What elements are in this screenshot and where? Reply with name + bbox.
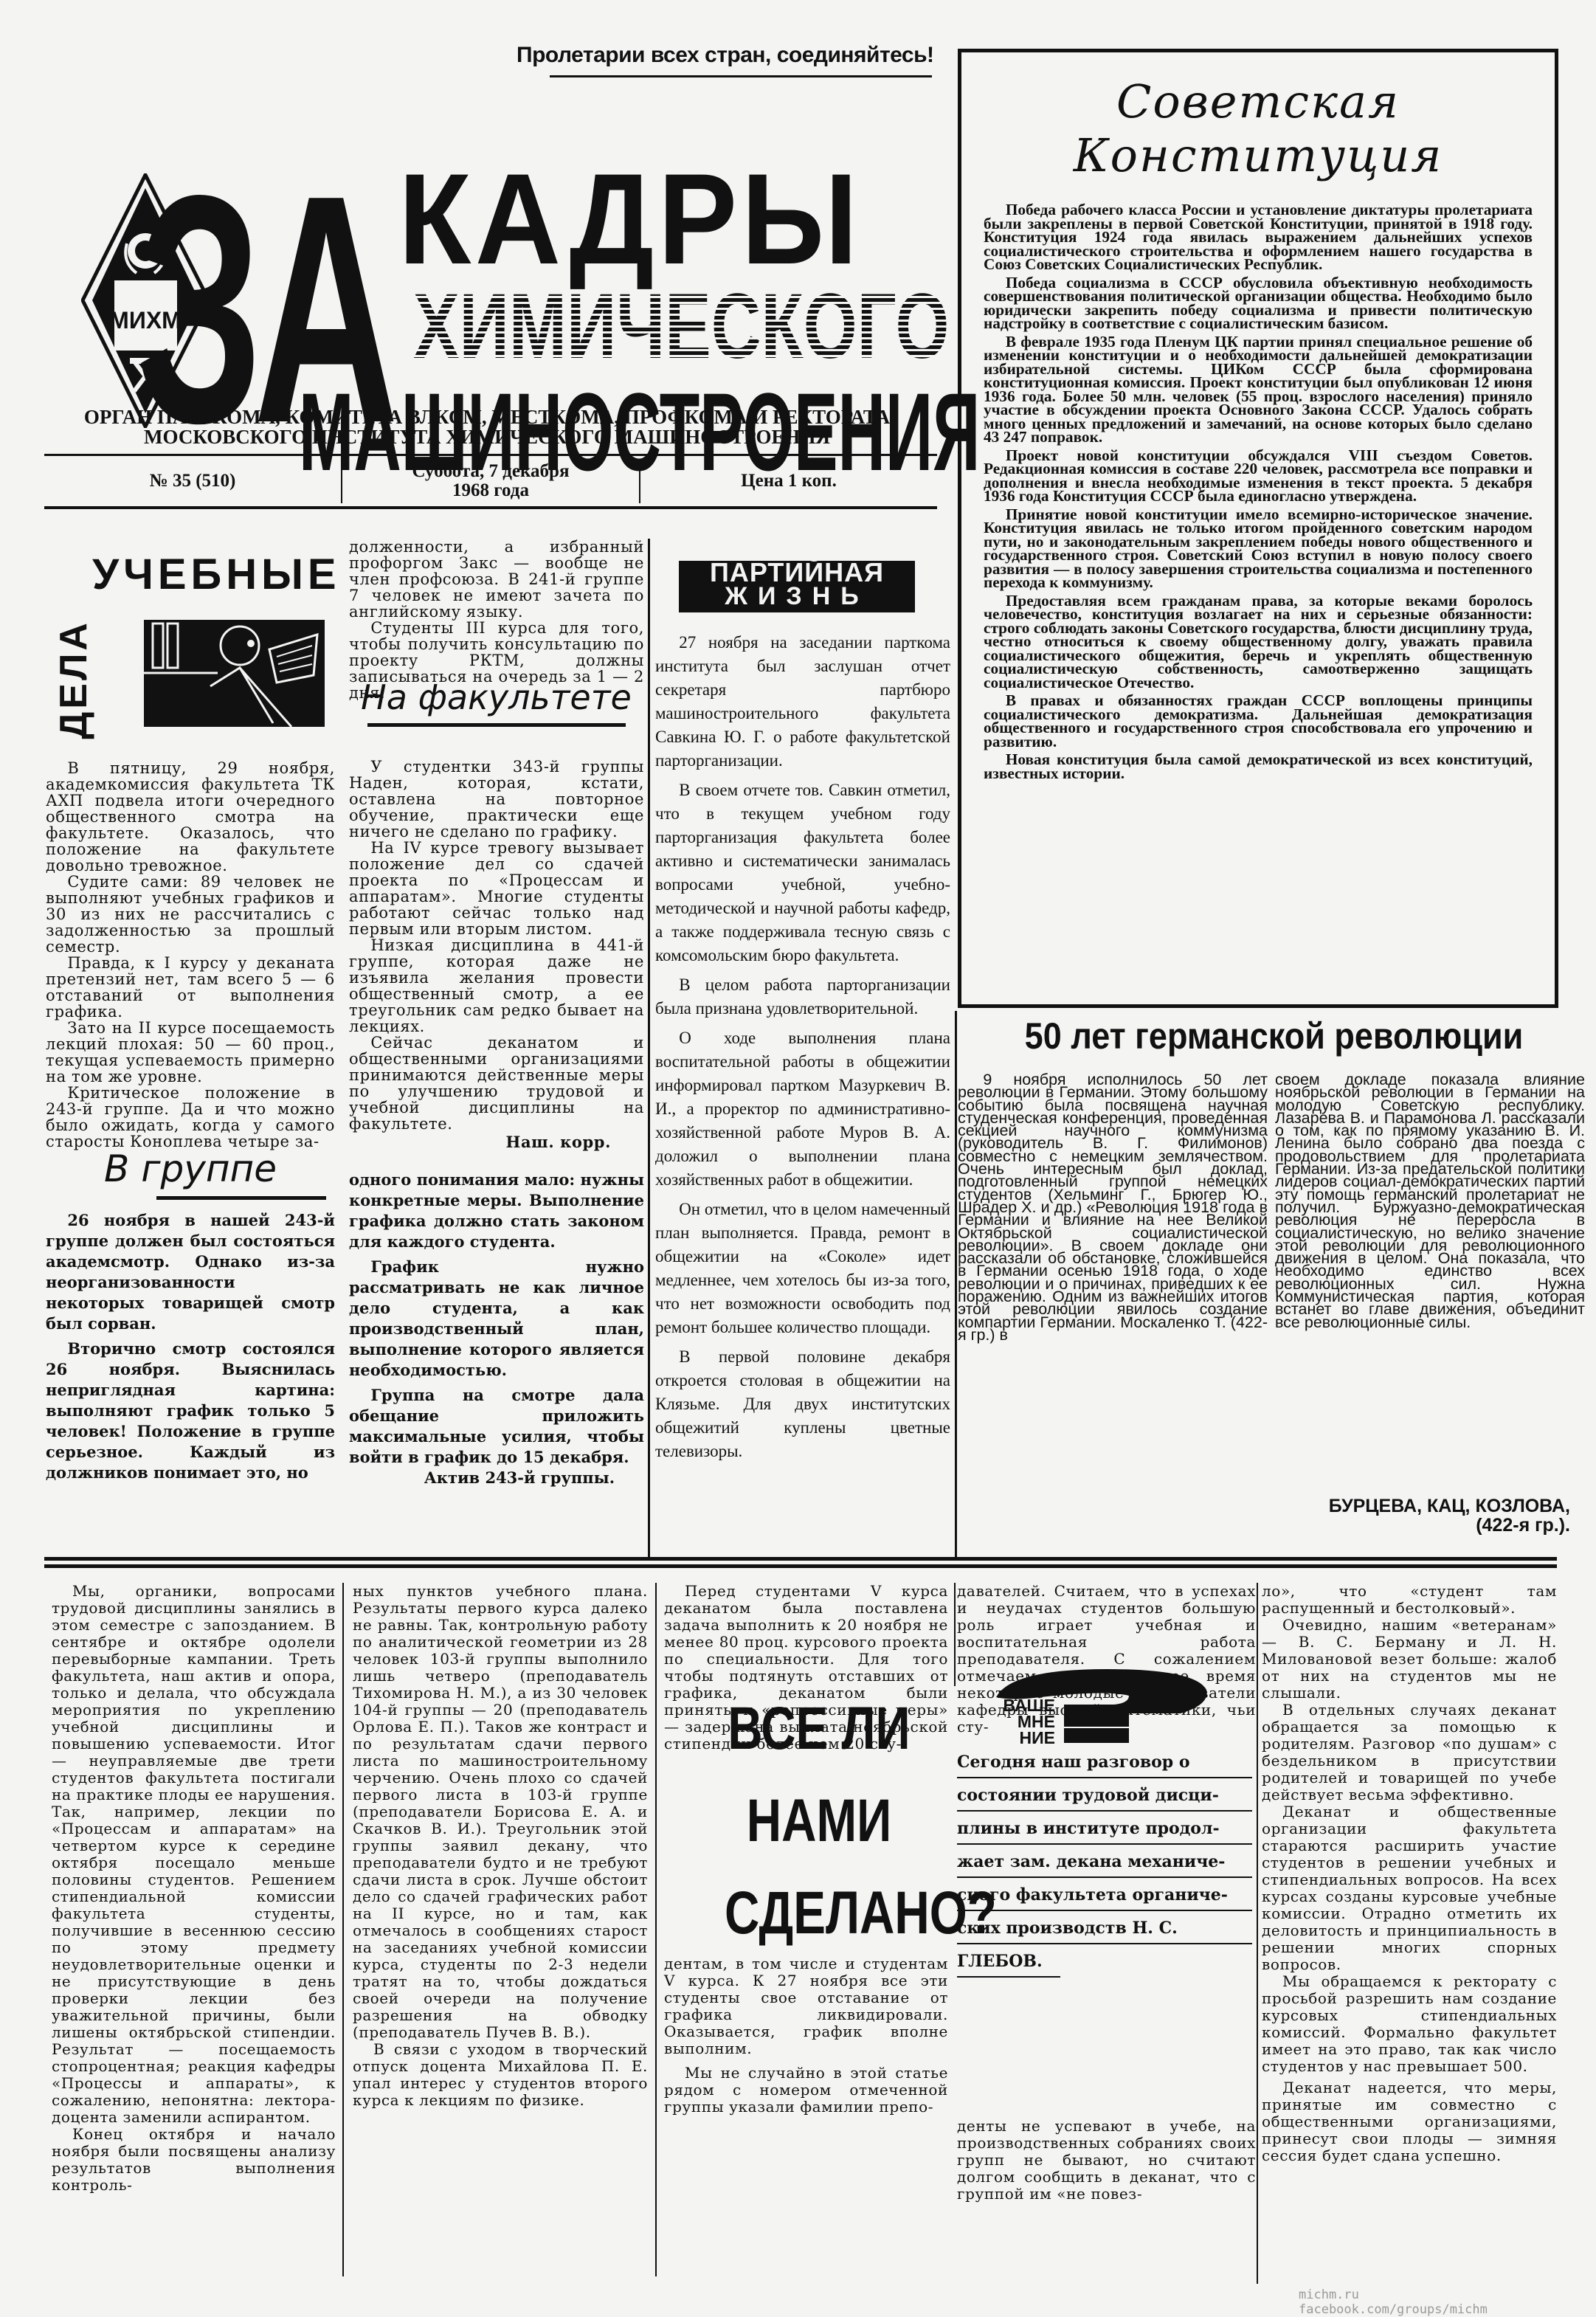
intro-author: ГЛЕБОВ.: [957, 1944, 1060, 1978]
section-heading: На факультете: [347, 677, 646, 717]
signature-group: (422-я гр.).: [1275, 1516, 1570, 1535]
article-paragraph: В первой половине декабря откроется стол…: [655, 1345, 950, 1463]
title-line-2: ХИМИЧЕСКОГО: [413, 280, 949, 373]
issue-price: Цена 1 коп.: [639, 459, 937, 503]
section-double-rule: [44, 1557, 1557, 1561]
german-revolution-col-2: своем докладе показала влияние ноябрьско…: [1275, 1074, 1585, 1329]
rubric-partiinaya-zhizn: ПАРТИЙНАЯ ЖИЗНЬ: [679, 561, 915, 612]
intro-line: Сегодня наш разговор о: [957, 1745, 1252, 1778]
article-paragraph: ло», что «студент там распущенный и бест…: [1262, 1583, 1557, 1617]
constitution-paragraph: Принятие новой конституции имело всемирн…: [984, 508, 1533, 590]
rubric-dela: ДЕЛА: [52, 620, 96, 739]
article-paragraph: Деканат и общественные организации факул…: [1262, 1803, 1557, 1973]
v-gruppe-col-2: одного понимания мало: нужны конкретные …: [349, 1170, 644, 1488]
article-paragraph: Вторично смотр состоялся 26 ноября. Выяс…: [46, 1339, 335, 1483]
intro-line: ского факультета органиче-: [957, 1878, 1252, 1911]
rubric-line-3: НИЕ: [981, 1730, 1055, 1746]
watermark-site: michm.ru: [1299, 2287, 1488, 2302]
article-paragraph: долженности, а избранный профоргом Закс …: [349, 539, 644, 620]
article-paragraph: У студентки 343-й группы Наден, которая,…: [349, 759, 644, 840]
vse-li-headline: ВСЕ ЛИ НАМИ СДЕЛАНО?: [725, 1682, 913, 1959]
article-paragraph: Сейчас деканатом и общественными организ…: [349, 1035, 644, 1132]
article-paragraph: одного понимания мало: нужны конкретные …: [349, 1170, 644, 1252]
issue-date-line-1: Суббота, 7 декабря: [412, 462, 570, 481]
v-gruppe-header: В группе: [46, 1147, 335, 1200]
uchebnye-dela-col-1: В пятницу, 29 ноября, академкомиссия фак…: [46, 760, 335, 1150]
article-paragraph: График нужно рассматривать не как личное…: [349, 1257, 644, 1381]
section-double-rule: [44, 1564, 1557, 1568]
issue-number: № 35 (510): [44, 472, 341, 491]
column-divider: [648, 539, 650, 1557]
column-divider: [342, 1583, 344, 2276]
article-paragraph: Мы не случайно в этой статье рядом с ном…: [664, 2065, 948, 2116]
article-paragraph: 26 ноября в нашей 243-й группе должен бы…: [46, 1210, 335, 1334]
rubric-line-2: МНЕ: [981, 1713, 1055, 1730]
headline-line-2: НАМИ: [725, 1775, 913, 1867]
article-paragraph: Группа на смотре дала обещание приложить…: [349, 1385, 644, 1468]
student-reading-illustration-icon: [144, 620, 325, 727]
headline-line-1: ВСЕ ЛИ: [725, 1682, 913, 1775]
issue-meta-row: № 35 (510) Суббота, 7 декабря 1968 года …: [44, 454, 937, 509]
column-divider: [955, 1011, 957, 1557]
article-paragraph: ных пунктов учебного плана. Результаты п…: [353, 1583, 648, 2041]
article-signature: Актив 243-й группы.: [349, 1468, 644, 1488]
issue-date: Суббота, 7 декабря 1968 года: [341, 459, 639, 503]
constitution-paragraph: В феврале 1935 года Пленум ЦК партии при…: [984, 335, 1533, 444]
article-paragraph: Мы обращаемся к ректорату с просьбой раз…: [1262, 1973, 1557, 2075]
uchebnye-dela-col-2: долженности, а избранный профоргом Закс …: [349, 539, 644, 701]
rubric-vashe-mnenie: ВАШЕ МНЕ НИЕ: [981, 1697, 1055, 1746]
article-paragraph: Судите сами: 89 человек не выполняют уче…: [46, 874, 335, 955]
rubric-line-2: ЖИЗНЬ: [679, 584, 915, 608]
article-paragraph: Конец октября и начало ноября были посвя…: [52, 2126, 336, 2194]
constitution-paragraph: Новая конституция была самой демократиче…: [984, 753, 1533, 780]
german-revolution-col-1: 9 ноября исполнилось 50 лет революции в …: [958, 1074, 1268, 1341]
article-paragraph: 27 ноября на заседании парткома институт…: [655, 631, 950, 773]
intro-line: жает зам. декана механиче-: [957, 1845, 1252, 1878]
article-paragraph: В целом работа парторганизации была приз…: [655, 973, 950, 1021]
article-paragraph: Деканат надеется, что меры, принятые им …: [1262, 2079, 1557, 2164]
v-gruppe-col-1: 26 ноября в нашей 243-й группе должен бы…: [46, 1210, 335, 1483]
article-paragraph: Он отметил, что в целом намеченный план …: [655, 1198, 950, 1339]
article-paragraph: Очевидно, нашим «ветеранам» — В. С. Берм…: [1262, 1617, 1557, 1702]
vse-li-col-1: Мы, органики, вопросами трудовой дисципл…: [52, 1583, 336, 2194]
article-paragraph: Правда, к I курсу у деканата претензий н…: [46, 955, 335, 1020]
article-paragraph: Низкая дисциплина в 441-й группе, котора…: [349, 937, 644, 1035]
headline-line-3: СДЕЛАНО?: [725, 1867, 913, 1959]
intro-line: плины в институте продол-: [957, 1812, 1252, 1845]
constitution-paragraph: Победа социализма в СССР обусловила объе…: [984, 276, 1533, 331]
vse-li-col-4-bottom: денты не успевают в учебе, на производст…: [957, 2118, 1256, 2203]
article-paragraph: Зато на II курсе посещаемость лекций пло…: [46, 1020, 335, 1085]
column-divider: [655, 1583, 657, 2276]
constitution-paragraph: Победа рабочего класса России и установл…: [984, 203, 1533, 272]
na-fakultete-header: На факультете: [347, 677, 646, 727]
issue-date-line-2: 1968 года: [452, 481, 529, 500]
watermark-group: facebook.com/groups/michm: [1299, 2302, 1488, 2317]
rubric-line-1: ПАРТИЙНАЯ: [679, 561, 915, 584]
column-divider: [1257, 1583, 1258, 2284]
article-paragraph: О ходе выполнения плана воспитательной р…: [655, 1026, 950, 1192]
na-fakultete-body: У студентки 343-й группы Наден, которая,…: [349, 759, 644, 1153]
partiinaya-zhizn-body: 27 ноября на заседании парткома институт…: [655, 631, 950, 1463]
slogan: Пролетарии всех стран, соединяйтесь!: [517, 43, 934, 68]
intro-line: состоянии трудовой дисци-: [957, 1778, 1252, 1812]
article-paragraph: В связи с уходом в творческий отпуск доц…: [353, 2041, 648, 2109]
article-paragraph: Мы, органики, вопросами трудовой дисципл…: [52, 1583, 336, 2126]
rubric-line-1: ВАШЕ: [981, 1697, 1055, 1713]
intro-line: ских производств Н. С.: [957, 1911, 1252, 1944]
constitution-title: Советская Конституция: [984, 75, 1533, 182]
heading-rule: [367, 723, 626, 727]
article-paragraph: дентам, в том числе и студентам V курса.…: [664, 1955, 948, 2057]
heading-rule: [156, 1196, 326, 1200]
article-paragraph: В пятницу, 29 ноября, академкомиссия фак…: [46, 760, 335, 874]
vse-li-col-3-bottom: дентам, в том числе и студентам V курса.…: [664, 1955, 948, 2116]
article-paragraph: Критическое положение в 243-й группе. Да…: [46, 1085, 335, 1150]
article-paragraph: В своем отчете тов. Савкин отметил, что …: [655, 778, 950, 967]
article-paragraph: В отдельных случаях деканат обращается з…: [1262, 1702, 1557, 1803]
organ-line-2: МОСКОВСКОГО ИНСТИТУТА ХИМИЧЕСКОГО МАШИНО…: [44, 427, 930, 447]
title-line-1: КАДРЫ: [398, 155, 862, 284]
watermark: michm.ru facebook.com/groups/michm: [1299, 2287, 1488, 2317]
organ-line-1: ОРГАН ПАРТКОМА, КОМИТЕТА ВЛКСМ, МЕСТКОМА…: [44, 407, 930, 427]
column-divider: [954, 1583, 956, 1686]
vashe-mnenie-intro: Сегодня наш разговор о состоянии трудово…: [957, 1745, 1252, 1978]
rubric-uchebnye: УЧЕБНЫЕ: [92, 550, 341, 599]
article-paragraph: На IV курсе тревогу вызывает положение д…: [349, 840, 644, 937]
vse-li-col-5: ло», что «студент там распущенный и бест…: [1262, 1583, 1557, 2164]
slogan-rule: [550, 75, 932, 77]
constitution-paragraph: Проект новой конституции обсуждался VIII…: [984, 449, 1533, 503]
section-heading: В группе: [46, 1147, 335, 1190]
german-revolution-title: 50 лет германской революции: [984, 1015, 1564, 1057]
organ-statement: ОРГАН ПАРТКОМА, КОМИТЕТА ВЛКСМ, МЕСТКОМА…: [44, 407, 930, 447]
constitution-paragraph: В правах и обязанностях граждан СССР воп…: [984, 694, 1533, 748]
german-revolution-signature: БУРЦЕВА, КАЦ, КОЗЛОВА, (422-я гр.).: [1275, 1496, 1570, 1535]
constitution-article: Советская Конституция Победа рабочего кл…: [958, 49, 1558, 1008]
signature-authors: БУРЦЕВА, КАЦ, КОЗЛОВА,: [1275, 1496, 1570, 1516]
article-signature: Наш. корр.: [349, 1132, 644, 1153]
vse-li-col-2: ных пунктов учебного плана. Результаты п…: [353, 1583, 648, 2109]
constitution-paragraph: Предоставляя всем гражданам права, за ко…: [984, 594, 1533, 690]
